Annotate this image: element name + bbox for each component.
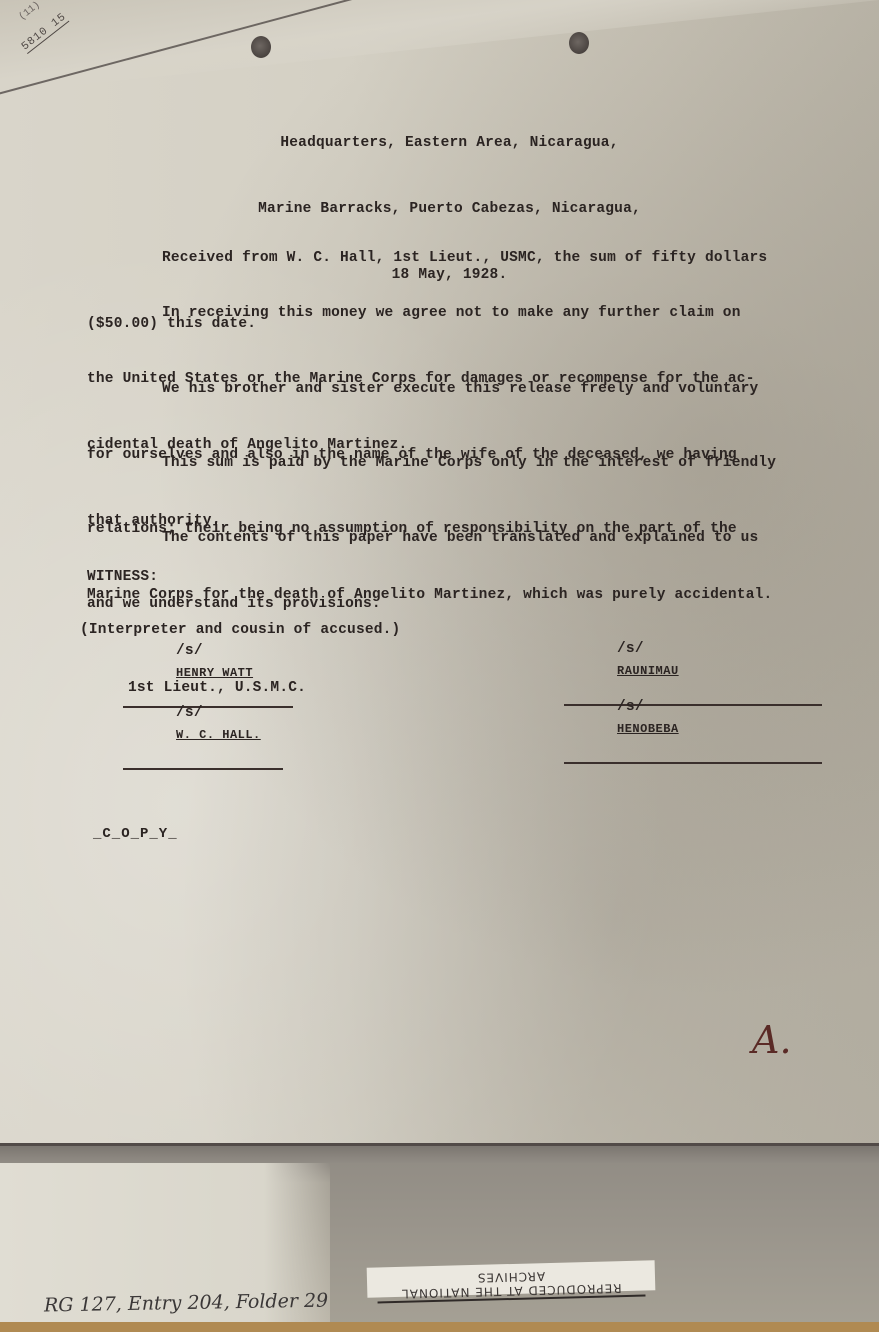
document-page: (11) 5810 15 Headquarters, Eastern Area,… (0, 0, 879, 1150)
table-surface (0, 1322, 879, 1332)
signer-signature-henobeba: /s/ HENOBEBA (528, 652, 822, 786)
signature-prefix: /s/ (617, 699, 644, 715)
punch-hole-right-icon (569, 32, 589, 54)
witness-label: WITNESS: (87, 566, 158, 588)
signature-name: W. C. HALL. (176, 728, 261, 742)
paragraph-line: The contents of this paper have been tra… (87, 527, 827, 549)
paragraph-line: In receiving this money we agree not to … (87, 302, 827, 324)
handwritten-page-letter: A. (752, 1018, 792, 1062)
paragraph-line: This sum is paid by the Marine Corps onl… (87, 452, 827, 474)
signature-prefix: /s/ (176, 705, 203, 721)
signature-prefix: /s/ (176, 643, 203, 659)
witness-title: 1st Lieut., U.S.M.C. (128, 677, 306, 699)
letterhead-line-1: Headquarters, Eastern Area, Nicaragua, (0, 132, 879, 154)
dark-region (330, 1163, 879, 1332)
copy-mark: _C_O_P_Y_ (93, 826, 178, 842)
witness-note: (Interpreter and cousin of accused.) (80, 619, 400, 641)
signature-name: HENOBEBA (617, 722, 679, 736)
national-archives-label: REPRODUCED AT THE NATIONAL ARCHIVES (367, 1260, 656, 1298)
page-edge (0, 1143, 879, 1146)
paragraph-line: We his brother and sister execute this r… (87, 378, 827, 400)
punch-hole-left-icon (251, 36, 271, 58)
